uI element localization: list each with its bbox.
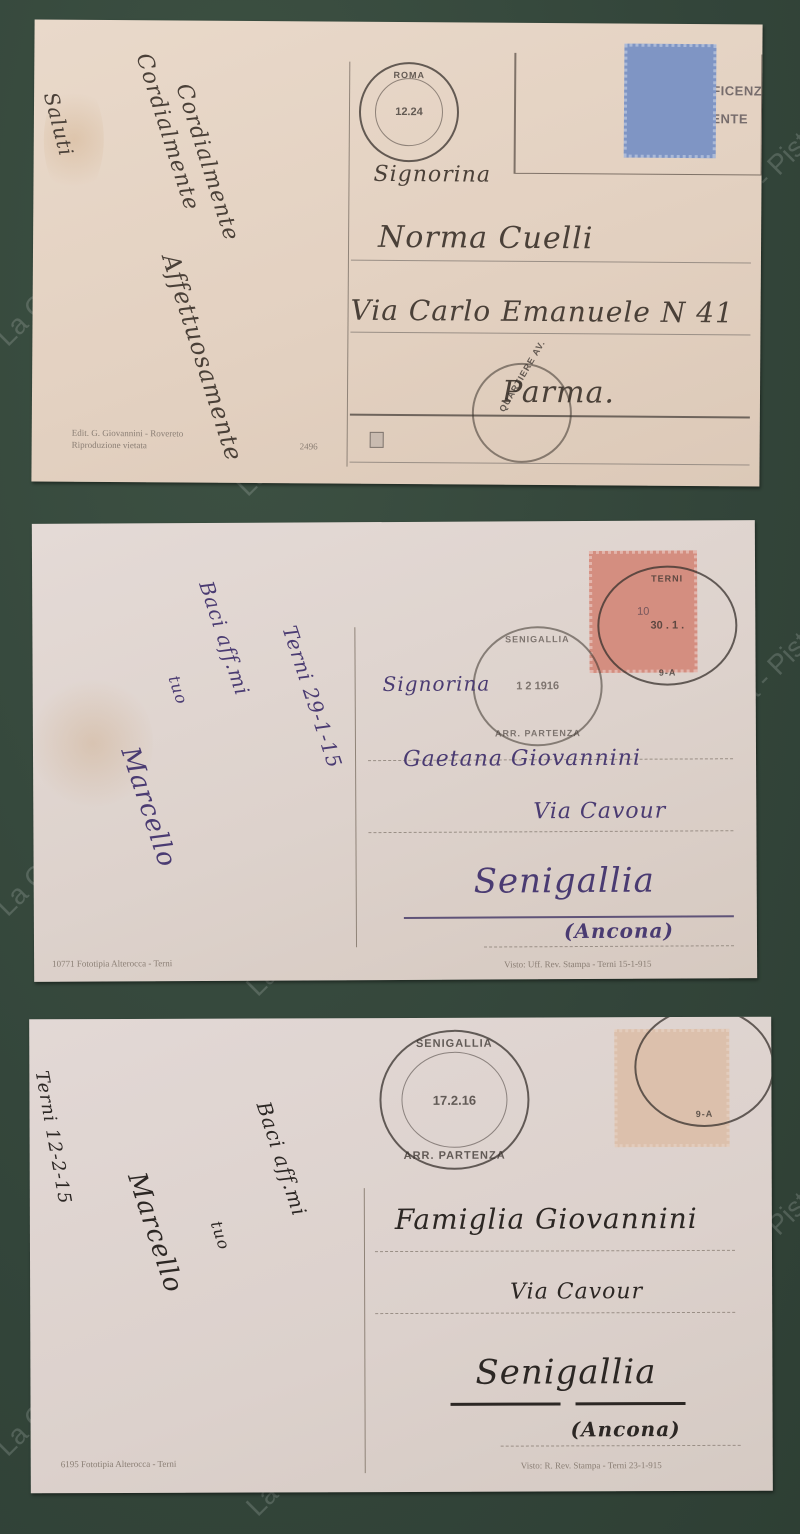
printer-imprint: Visto: Uff. Rev. Stampa - Terni 15-1-915 [504, 959, 651, 970]
postcard-3: Terni 12-2-15 Baci aff.mi tuo Marcello 9… [29, 1017, 773, 1494]
postmark-code: 9-A [600, 667, 736, 678]
address-line [375, 1250, 735, 1252]
message-signature: Marcello [114, 743, 182, 871]
address-underline [451, 1402, 561, 1405]
postmark-ring [375, 78, 443, 146]
arrival-postmark-city: SENIGALLIA [474, 634, 600, 645]
address-province: (Ancona) [571, 1417, 681, 1441]
stamp-portrait [631, 51, 710, 152]
address-street: Via Cavour [510, 1279, 643, 1304]
postmark: ROMA 12.24 [359, 62, 460, 163]
address-line [350, 332, 750, 336]
address-line [375, 1312, 735, 1314]
publisher-imprint: Edit. G. Giovannini - Rovereto [72, 428, 184, 439]
arrival-postmark: QUARTIERE AV. [472, 363, 573, 464]
arrival-postmark-type: ARR. PARTENZA [382, 1150, 528, 1163]
postage-stamp [624, 44, 717, 159]
address-line [484, 945, 734, 947]
address-street: Via Carlo Emanuele N 41 [350, 294, 734, 330]
postmark: 9-A [634, 1017, 773, 1127]
address-salutation: Signorina [383, 671, 491, 696]
postmark-code: 9-A [636, 1109, 772, 1119]
address-province: (Ancona) [564, 919, 674, 944]
message-signature: Marcello [121, 1169, 188, 1297]
message-line: tuo [207, 1219, 234, 1253]
address-underline [576, 1402, 686, 1405]
publisher-imprint: 6195 Fototipia Alterocca - Terni [61, 1459, 177, 1469]
address-salutation: Signorina [373, 162, 491, 188]
publisher-imprint: 10771 Fototipia Alterocca - Terni [52, 958, 172, 969]
card-divider [347, 62, 351, 467]
address-city: Senigallia [475, 1352, 656, 1393]
arrival-postmark: SENIGALLIA 17.2.16 ARR. PARTENZA [379, 1030, 529, 1171]
address-street: Via Cavour [533, 799, 666, 825]
catalog-number: 2496 [300, 441, 318, 451]
address-line [350, 462, 750, 466]
printer-imprint: Visto: R. Rev. Stampa - Terni 23-1-915 [521, 1460, 662, 1470]
card-divider [354, 627, 357, 947]
arrival-postmark-city: SENIGALLIA [381, 1038, 527, 1051]
postmark-ring [401, 1052, 507, 1148]
publisher-imprint: Riproduzione vietata [72, 440, 147, 451]
arrival-postmark-type: ARR. PARTENZA [475, 728, 601, 739]
postmark-date: 30 . 1 . [650, 619, 684, 631]
address-line [501, 1445, 741, 1447]
address-line [351, 260, 751, 264]
arrival-postmark-text: QUARTIERE AV. [494, 332, 551, 420]
address-name: Famiglia Giovannini [395, 1202, 698, 1236]
message-line: tuo [165, 673, 192, 707]
postmark: TERNI 30 . 1 . 9-A [597, 565, 738, 686]
address-line [368, 830, 733, 833]
publisher-logo-icon [370, 432, 384, 448]
card-divider [364, 1188, 366, 1473]
postmark-city: TERNI [599, 573, 735, 584]
arrival-postmark-date: 1 2 1916 [516, 680, 559, 692]
arrival-postmark: SENIGALLIA 1 2 1916 ARR. PARTENZA [472, 626, 603, 747]
message-line: Baci aff.mi [252, 1098, 312, 1219]
postcard-1: Saluti Cordialmente Cordialmente Affettu… [31, 19, 762, 486]
address-city: Senigallia [474, 861, 655, 902]
address-name: Norma Cuelli [378, 220, 594, 257]
message-date: Terni 29-1-15 [278, 622, 348, 771]
message-date: Terni 12-2-15 [31, 1069, 76, 1206]
postcard-2: Baci aff.mi Terni 29-1-15 tuo Marcello 1… [32, 520, 757, 982]
message-line: Baci aff.mi [194, 578, 254, 699]
postmark-city: ROMA [361, 70, 457, 81]
address-name: Gaetana Giovannini [403, 746, 641, 772]
